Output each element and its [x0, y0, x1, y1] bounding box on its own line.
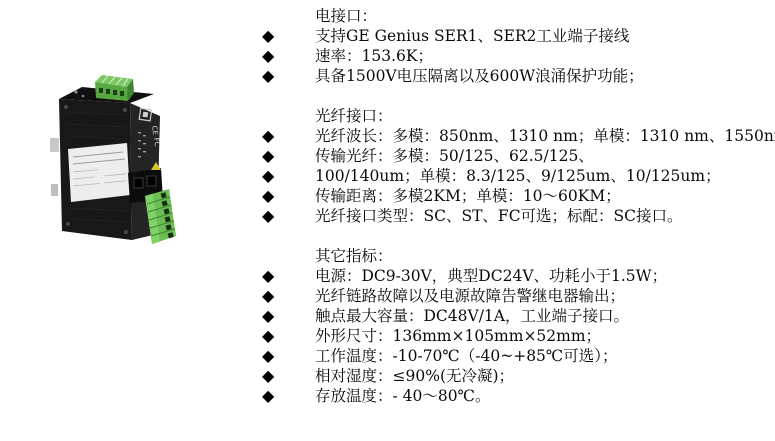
spec-item: ◆ 光纤接口类型：SC、ST、FC可选；标配：SC接口。 [262, 206, 774, 226]
spec-item-text: 支持GE Genius SER1、SER2工业端子接线 [315, 26, 629, 46]
spec-item-text: 光纤波长：多模：850nm、1310 nm；单模：1310 nm、1550nm； [315, 126, 775, 146]
din-clip-lower [51, 184, 58, 196]
diamond-bullet-icon: ◆ [262, 126, 315, 146]
spec-item: ◆ 支持GE Genius SER1、SER2工业端子接线 [262, 26, 774, 46]
diamond-bullet-icon: ◆ [262, 26, 315, 46]
spec-item: ◆ 光纤链路故障以及电源故障告警继电器输出； [262, 286, 774, 306]
spec-item: ◆ 传输光纤：多模：50/125、62.5/125、 [262, 146, 774, 166]
spec-list: 电接口： ◆ 支持GE Genius SER1、SER2工业端子接线 ◆ 速率：… [262, 6, 774, 426]
spec-item: ◆ 传输距离：多模2KM；单模：10～60KM； [262, 186, 774, 206]
device-illustration: CE FC [42, 72, 182, 252]
diamond-bullet-icon: ◆ [262, 306, 315, 326]
section-heading: 光纤接口： [262, 106, 774, 126]
section-heading: 电接口： [262, 6, 774, 26]
spec-item: ◆ 相对湿度：≤90%(无冷凝)； [262, 366, 774, 386]
spec-section-other: 其它指标： ◆ 电源：DC9-30V，典型DC24V、功耗小于1.5W； ◆ 光… [262, 246, 774, 406]
diamond-bullet-icon: ◆ [262, 146, 315, 166]
spec-item-text: 光纤接口类型：SC、ST、FC可选；标配：SC接口。 [315, 206, 683, 226]
spec-item: ◆ 触点最大容量：DC48V/1A，工业端子接口。 [262, 306, 774, 326]
spec-section-electrical: 电接口： ◆ 支持GE Genius SER1、SER2工业端子接线 ◆ 速率：… [262, 6, 774, 86]
spec-item-text: 具备1500V电压隔离以及600W浪涌保护功能； [315, 66, 644, 86]
product-label [68, 143, 130, 202]
spec-item-text: 触点最大容量：DC48V/1A，工业端子接口。 [315, 306, 629, 326]
spec-item: ◆ 具备1500V电压隔离以及600W浪涌保护功能； [262, 66, 774, 86]
diamond-bullet-icon: ◆ [262, 186, 315, 206]
spec-item: ◆ 外形尺寸：136mm×105mm×52mm； [262, 326, 774, 346]
spec-item-text: 电源：DC9-30V，典型DC24V、功耗小于1.5W； [315, 266, 667, 286]
spec-item-text: 100/140um；单模：8.3/125、9/125um、10/125um； [315, 166, 721, 186]
top-terminal-block [95, 75, 134, 101]
spec-item-text: 工作温度：-10-70℃（-40~+85℃可选）； [315, 346, 618, 366]
spec-item-text: 传输光纤：多模：50/125、62.5/125、 [315, 146, 594, 166]
diamond-bullet-icon: ◆ [262, 266, 315, 286]
spec-item: ◆ 速率：153.6K； [262, 46, 774, 66]
spec-item-text: 存放温度：- 40～80℃。 [315, 386, 490, 406]
diamond-bullet-icon: ◆ [262, 206, 315, 226]
spec-item-text: 相对湿度：≤90%(无冷凝)； [315, 366, 514, 386]
spec-sheet: CE FC [0, 0, 775, 441]
spec-item-text: 传输距离：多模2KM；单模：10～60KM； [315, 186, 621, 206]
spec-item: ◆ 工作温度：-10-70℃（-40~+85℃可选）； [262, 346, 774, 366]
spec-item: ◆ 100/140um；单模：8.3/125、9/125um、10/125um； [262, 166, 774, 186]
din-clip-upper [50, 138, 59, 152]
product-photo: CE FC [42, 72, 182, 252]
diamond-bullet-icon: ◆ [262, 286, 315, 306]
diamond-bullet-icon: ◆ [262, 366, 315, 386]
spec-item-text: 速率：153.6K； [315, 46, 433, 66]
spec-item: ◆ 电源：DC9-30V，典型DC24V、功耗小于1.5W； [262, 266, 774, 286]
section-heading: 其它指标： [262, 246, 774, 266]
spec-section-fiber: 光纤接口： ◆ 光纤波长：多模：850nm、1310 nm；单模：1310 nm… [262, 106, 774, 226]
diamond-bullet-icon: ◆ [262, 46, 315, 66]
fc-mark: FC [152, 137, 161, 147]
diamond-bullet-icon: ◆ [262, 166, 315, 186]
diamond-bullet-icon: ◆ [262, 346, 315, 366]
diamond-bullet-icon: ◆ [262, 326, 315, 346]
spec-item: ◆ 光纤波长：多模：850nm、1310 nm；单模：1310 nm、1550n… [262, 126, 774, 146]
ce-mark: CE [150, 125, 159, 135]
diamond-bullet-icon: ◆ [262, 386, 315, 406]
spec-item-text: 外形尺寸：136mm×105mm×52mm； [315, 326, 601, 346]
diamond-bullet-icon: ◆ [262, 66, 315, 86]
spec-item-text: 光纤链路故障以及电源故障告警继电器输出； [315, 286, 625, 306]
spec-item: ◆ 存放温度：- 40～80℃。 [262, 386, 774, 406]
